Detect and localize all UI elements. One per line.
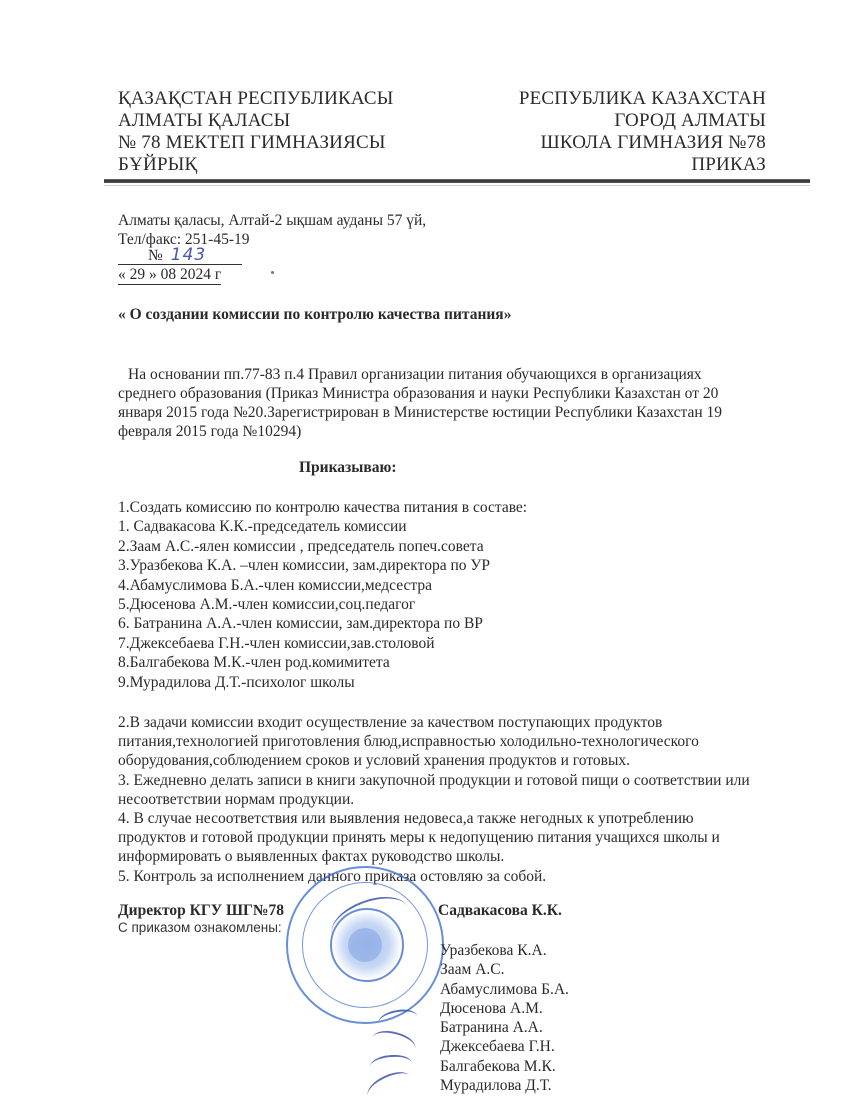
- point-5: 5. Контроль за исполнением данного прика…: [118, 867, 758, 886]
- list-item: Абамуслимова Б.А.: [440, 980, 569, 999]
- list-item: Балгабекова М.К.: [440, 1057, 569, 1076]
- list-item: Мурадилова Д.Т.: [440, 1076, 569, 1095]
- list-item: Уразбекова К.А.: [440, 941, 569, 960]
- point-2: 2.В задачи комиссии входит осуществление…: [118, 713, 758, 771]
- address-block: Алматы қаласы, Алтай-2 ықшам ауданы 57 ү…: [118, 211, 426, 249]
- list-item: Батранина А.А.: [440, 1018, 569, 1037]
- handwritten-number: 143: [171, 245, 206, 265]
- scan-speck: [271, 271, 274, 274]
- director-label: Директор КГУ ШГ№78: [118, 902, 284, 920]
- commission-intro: 1.Создать комиссию по контролю качества …: [118, 498, 527, 517]
- header-right-line-3: ШКОЛА ГИМНАЗИЯ №78: [519, 132, 766, 154]
- list-item: 6. Батранина А.А.-член комиссии, зам.дир…: [118, 614, 527, 633]
- order-number: №143: [118, 246, 242, 265]
- preamble: На основании пп.77-83 п.4 Правил организ…: [118, 365, 758, 441]
- list-item: 5.Дюсенова А.М.-член комиссии,соц.педаго…: [118, 595, 527, 614]
- list-item: 4.Абамуслимова Б.А.-член комиссии,медсес…: [118, 576, 527, 595]
- order-points: 2.В задачи комиссии входит осуществление…: [118, 713, 758, 886]
- header-divider-shadow: [104, 185, 810, 186]
- header-left-line-4: БҰЙРЫҚ: [118, 154, 394, 176]
- acknowledged-list: Уразбекова К.А. Заам А.С. Абамуслимова Б…: [440, 941, 569, 1095]
- preamble-text: На основании пп.77-83 п.4 Правил организ…: [118, 366, 722, 440]
- director-name: Садвакасова К.К.: [438, 902, 562, 920]
- acknowledged-label: С приказом ознакомлены:: [118, 920, 282, 935]
- order-date: « 29 » 08 2024 г: [118, 265, 221, 285]
- list-item: 3.Уразбекова К.А. –член комиссии, зам.ди…: [118, 556, 527, 575]
- header-right-line-2: ГОРОД АЛМАТЫ: [519, 110, 766, 132]
- order-heading: Приказываю:: [299, 459, 397, 477]
- list-item: 7.Джексебаева Г.Н.-член комиссии,зав.сто…: [118, 634, 527, 653]
- header-right-line-4: ПРИКАЗ: [519, 154, 766, 176]
- official-stamp: [286, 866, 444, 1024]
- header-divider: [104, 179, 810, 183]
- list-item: Джексебаева Г.Н.: [440, 1037, 569, 1056]
- point-4: 4. В случае несоответствия или выявления…: [118, 809, 758, 867]
- header-left-line-1: ҚАЗАҚСТАН РЕСПУБЛИКАСЫ: [118, 88, 394, 110]
- list-item: 8.Балгабекова М.К.-член род.комимитета: [118, 653, 527, 672]
- number-label: №: [148, 247, 163, 264]
- header-russian: РЕСПУБЛИКА КАЗАХСТАН ГОРОД АЛМАТЫ ШКОЛА …: [519, 88, 766, 176]
- point-3: 3. Ежедневно делать записи в книги закуп…: [118, 771, 758, 809]
- header-kazakh: ҚАЗАҚСТАН РЕСПУБЛИКАСЫ АЛМАТЫ ҚАЛАСЫ № 7…: [118, 88, 394, 176]
- header-left-line-3: № 78 МЕКТЕП ГИМНАЗИЯСЫ: [118, 132, 394, 154]
- commission-list: 1.Создать комиссию по контролю качества …: [118, 498, 527, 692]
- address: Алматы қаласы, Алтай-2 ықшам ауданы 57 ү…: [118, 211, 426, 230]
- list-item: Заам А.С.: [440, 960, 569, 979]
- header-left-line-2: АЛМАТЫ ҚАЛАСЫ: [118, 110, 394, 132]
- header-right-line-1: РЕСПУБЛИКА КАЗАХСТАН: [519, 88, 766, 110]
- list-item: Дюсенова А.М.: [440, 999, 569, 1018]
- document-title: « О создании комиссии по контролю качест…: [118, 306, 511, 324]
- list-item: 1. Садвакасова К.К.-председатель комисси…: [118, 517, 527, 536]
- list-item: 2.Заам А.С.-ялен комиссии , председатель…: [118, 537, 527, 556]
- list-item: 9.Мурадилова Д.Т.-психолог школы: [118, 673, 527, 692]
